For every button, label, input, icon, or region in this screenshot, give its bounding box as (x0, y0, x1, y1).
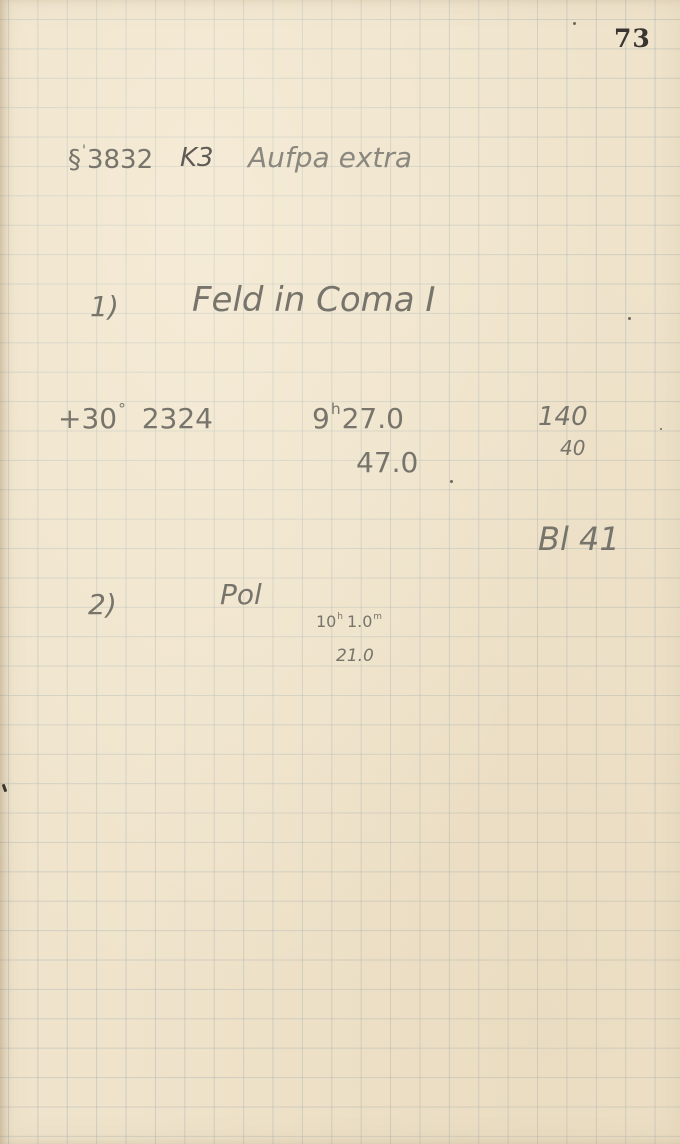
ink-dot (450, 480, 453, 483)
catalog-number: 3832 (87, 145, 153, 175)
catalog-reference: §'3832 (68, 143, 153, 175)
time-value: 27.0 (342, 402, 404, 435)
paper-speck (628, 317, 631, 320)
star-designation: +30° 2324 (58, 400, 213, 435)
paper-speck (660, 428, 662, 430)
exposure-2: 40 (560, 436, 585, 460)
degree-mark: ° (118, 400, 126, 418)
time-end-2: 21.0 (336, 646, 374, 666)
entry-index-2: 2) (88, 588, 117, 621)
paper-speck (573, 22, 576, 25)
time-hour: 9 (312, 402, 330, 435)
time-value: 1.0 (347, 612, 372, 631)
catalog-code: K3 (180, 143, 214, 173)
hour-mark: h (331, 400, 341, 418)
time-start-2: 10h1.0m (316, 612, 383, 631)
page-number: 73 (614, 24, 651, 53)
exposure-1: 140 (538, 402, 588, 432)
header-note: Aufpa extra (248, 141, 412, 174)
hour-mark: h (337, 612, 343, 622)
entry-index-1: 1) (90, 290, 119, 323)
paper-speck (2, 784, 8, 793)
star-number: 2324 (142, 402, 213, 435)
catalog-accent: ' (82, 143, 86, 159)
star-declination: +30 (58, 402, 117, 435)
time-hour: 10 (316, 612, 336, 631)
time-start-1: 9h27.0 (312, 400, 404, 435)
notebook-page: 73 §'3832 K3 Aufpa extra 1) Feld in Coma… (0, 0, 680, 1144)
time-end-1: 47.0 (356, 446, 418, 479)
entry-title-1: Feld in Coma I (192, 280, 435, 320)
plate-label: Bl 41 (538, 520, 620, 558)
minute-mark: m (373, 612, 382, 622)
catalog-prefix: § (68, 145, 81, 175)
entry-title-2: Pol (220, 578, 262, 611)
